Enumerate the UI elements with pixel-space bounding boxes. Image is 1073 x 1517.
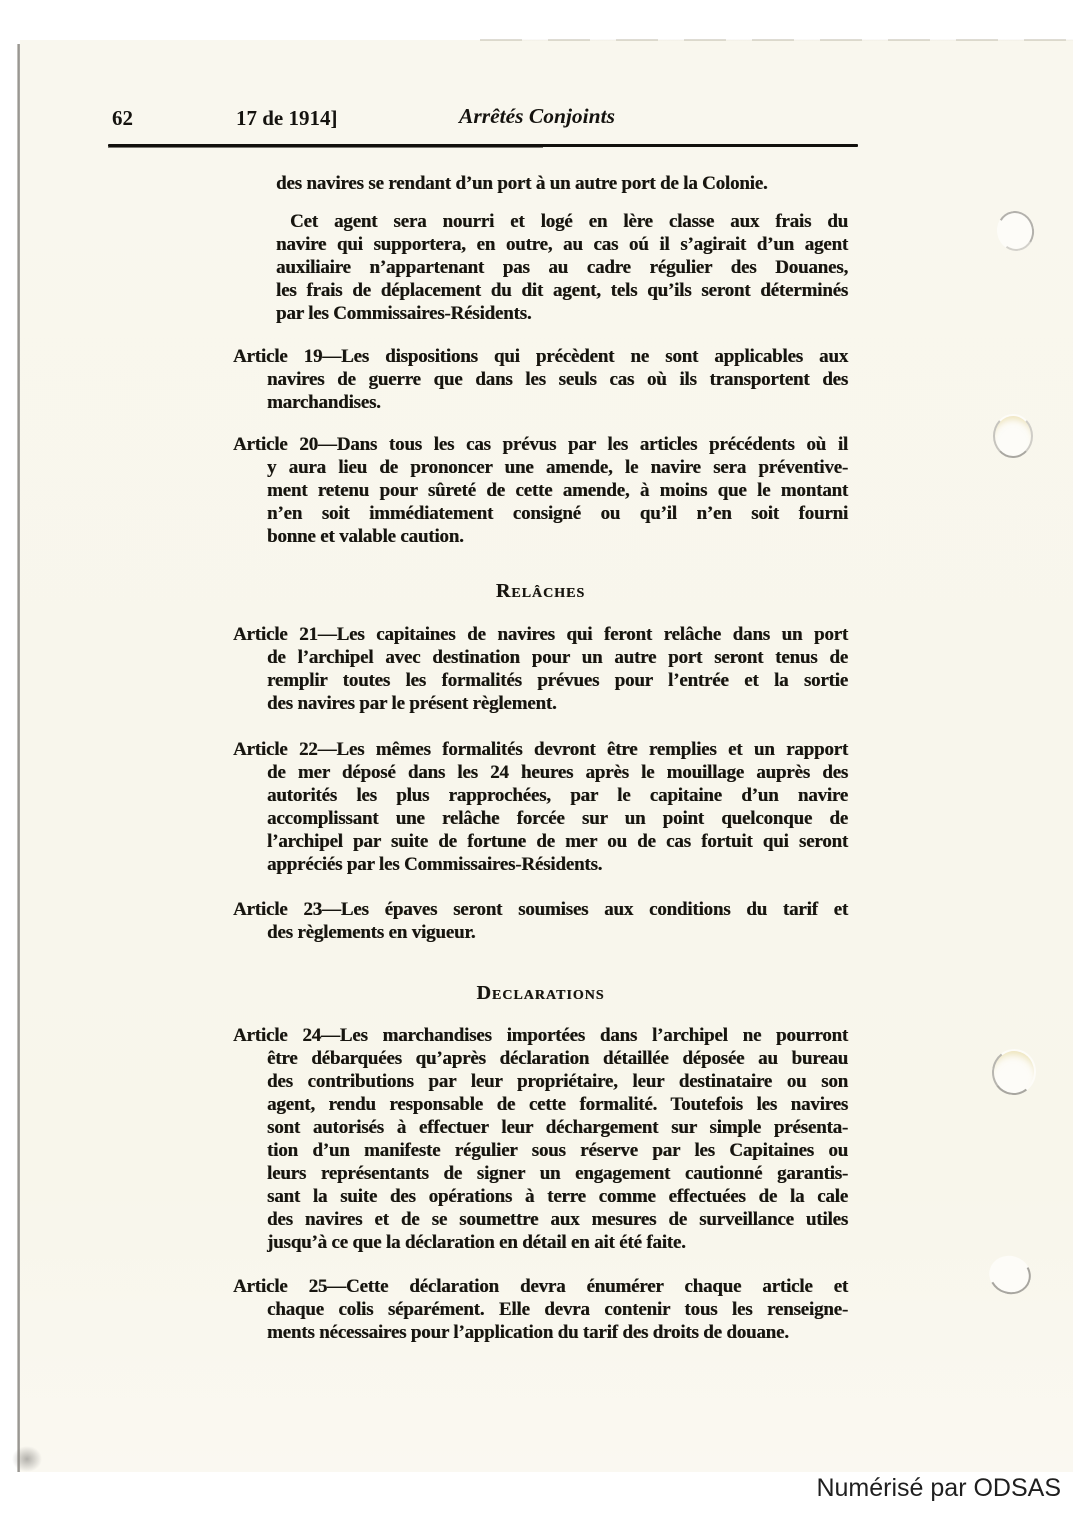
body-line: des navires par le présent règlement. bbox=[267, 692, 848, 715]
page-edge-smudge bbox=[12, 1446, 42, 1472]
body-line: navire qui supportera, en outre, au cas … bbox=[276, 233, 848, 256]
body-line: Article 25—Cette déclaration devra énumé… bbox=[233, 1275, 848, 1298]
section-heading-relaches: Relâches bbox=[233, 580, 848, 603]
body-line: ments nécessaires pour l’application du … bbox=[267, 1321, 848, 1344]
body-line: appréciés par les Commissaires-Résidents… bbox=[267, 853, 848, 876]
body-line: leurs représentants de signer un engagem… bbox=[267, 1162, 848, 1185]
running-title: Arrêtés Conjoints bbox=[459, 104, 615, 129]
body-line: Article 20—Dans tous les cas prévus par … bbox=[233, 433, 848, 456]
body-line: navires de guerre que dans les seuls cas… bbox=[267, 368, 848, 391]
article-20: Article 20—Dans tous les cas prévus par … bbox=[233, 433, 848, 548]
body-line: remplir toutes les formalités prévues po… bbox=[267, 669, 848, 692]
body-line: autorités les plus rapprochées, par le c… bbox=[267, 784, 848, 807]
body-line: marchandises. bbox=[267, 391, 848, 414]
body-line: Cet agent sera nourri et logé en lère cl… bbox=[276, 210, 848, 233]
punch-hole bbox=[993, 414, 1033, 458]
body-line: les frais de déplacement du dit agent, t… bbox=[276, 279, 848, 302]
body-line: sont autorisés à effectuer leur décharge… bbox=[267, 1116, 848, 1139]
body-line: tion d’un manifeste régulier sous réserv… bbox=[267, 1139, 848, 1162]
body-line: Article 24—Les marchandises importées da… bbox=[233, 1024, 848, 1047]
header-rule bbox=[108, 144, 858, 147]
page-number: 62 bbox=[112, 106, 133, 131]
body-line: n’en soit immédiatement consigné ou qu’i… bbox=[267, 502, 848, 525]
body-line: auxiliaire n’appartenant pas au cadre ré… bbox=[276, 256, 848, 279]
body-line: l’archipel par suite de fortune de mer o… bbox=[267, 830, 848, 853]
body-line: jusqu’à ce que la déclaration en détail … bbox=[267, 1231, 848, 1254]
body-line: des règlements en vigueur. bbox=[267, 921, 848, 944]
body-line: ment retenu pour sûreté de cette amende,… bbox=[267, 479, 848, 502]
article-23: Article 23—Les épaves seront soumises au… bbox=[233, 898, 848, 944]
body-line: chaque colis séparément. Elle devra cont… bbox=[267, 1298, 848, 1321]
article-21: Article 21—Les capitaines de navires qui… bbox=[233, 623, 848, 715]
page-top-edge bbox=[480, 39, 1073, 41]
body-line: Article 22—Les mêmes formalités devront … bbox=[233, 738, 848, 761]
body-line: agent, rendu responsable de cette formal… bbox=[267, 1093, 848, 1116]
body-line: de mer déposé dans les 24 heures après l… bbox=[267, 761, 848, 784]
body-line: des contributions par leur propriétaire,… bbox=[267, 1070, 848, 1093]
body-line: des navires et de se soumettre aux mesur… bbox=[267, 1208, 848, 1231]
article-19: Article 19—Les dispositions qui précèden… bbox=[233, 345, 848, 414]
body-line: de l’archipel avec destination pour un a… bbox=[267, 646, 848, 669]
article-25: Article 25—Cette déclaration devra énumé… bbox=[233, 1275, 848, 1344]
scanned-document: 62 17 de 1914] Arrêtés Conjoints des nav… bbox=[0, 0, 1073, 1517]
article-22: Article 22—Les mêmes formalités devront … bbox=[233, 738, 848, 876]
body-line: par les Commissaires-Résidents. bbox=[276, 302, 848, 325]
body-line: des navires se rendant d’un port à un au… bbox=[276, 172, 848, 195]
continuation-paragraph: des navires se rendant d’un port à un au… bbox=[233, 172, 848, 195]
scan-credit: Numérisé par ODSAS bbox=[816, 1474, 1061, 1503]
page-body: des navires se rendant d’un port à un au… bbox=[233, 172, 848, 1344]
article-24: Article 24—Les marchandises importées da… bbox=[233, 1024, 848, 1254]
body-line: être débarquées qu’après déclaration dét… bbox=[267, 1047, 848, 1070]
body-line: Article 23—Les épaves seront soumises au… bbox=[233, 898, 848, 921]
body-line: accomplissant une relâche forcée sur un … bbox=[267, 807, 848, 830]
body-line: Article 21—Les capitaines de navires qui… bbox=[233, 623, 848, 646]
body-line: sant la suite des opérations à terre com… bbox=[267, 1185, 848, 1208]
body-line: y aura lieu de prononcer une amende, le … bbox=[267, 456, 848, 479]
body-line: bonne et valable caution. bbox=[267, 525, 848, 548]
issue-reference: 17 de 1914] bbox=[236, 106, 338, 131]
paragraph-agent: Cet agent sera nourri et logé en lère cl… bbox=[233, 210, 848, 325]
body-line: Article 19—Les dispositions qui précèden… bbox=[233, 345, 848, 368]
section-heading-declarations: Declarations bbox=[233, 982, 848, 1005]
page-left-edge bbox=[17, 44, 20, 1472]
